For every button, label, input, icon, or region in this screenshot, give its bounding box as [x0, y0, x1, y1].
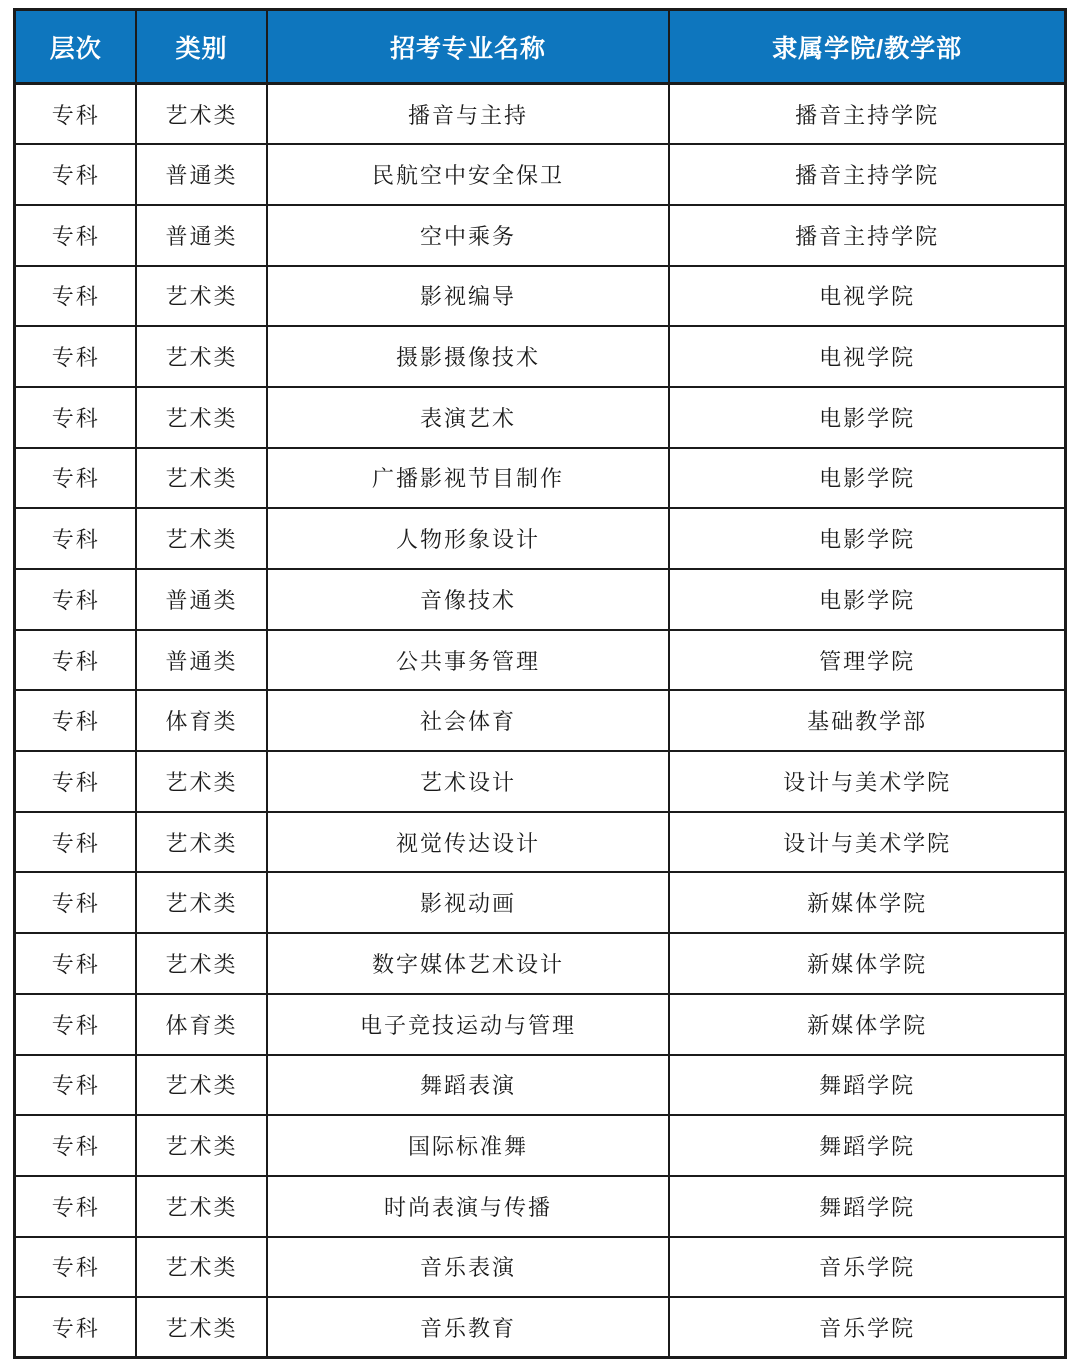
table-row: 专科普通类公共事务管理管理学院: [15, 630, 1066, 691]
cell-major: 电子竞技运动与管理: [267, 994, 670, 1055]
cell-school: 新媒体学院: [669, 994, 1065, 1055]
cell-category: 艺术类: [136, 387, 266, 448]
table-row: 专科体育类社会体育基础教学部: [15, 690, 1066, 751]
table-row: 专科艺术类影视编导电视学院: [15, 266, 1066, 327]
cell-school: 基础教学部: [669, 690, 1065, 751]
cell-major: 民航空中安全保卫: [267, 144, 670, 205]
cell-level: 专科: [15, 872, 137, 933]
cell-category: 普通类: [136, 205, 266, 266]
cell-school: 舞蹈学院: [669, 1176, 1065, 1237]
cell-major: 表演艺术: [267, 387, 670, 448]
cell-level: 专科: [15, 1115, 137, 1176]
cell-school: 电影学院: [669, 569, 1065, 630]
cell-category: 艺术类: [136, 1297, 266, 1358]
cell-school: 电影学院: [669, 448, 1065, 509]
cell-school: 舞蹈学院: [669, 1115, 1065, 1176]
column-header-major: 招考专业名称: [267, 10, 670, 84]
table-header: 层次 类别 招考专业名称 隶属学院/教学部: [15, 10, 1066, 84]
cell-major: 影视动画: [267, 872, 670, 933]
cell-major: 音像技术: [267, 569, 670, 630]
header-row: 层次 类别 招考专业名称 隶属学院/教学部: [15, 10, 1066, 84]
table-row: 专科艺术类时尚表演与传播舞蹈学院: [15, 1176, 1066, 1237]
cell-school: 新媒体学院: [669, 933, 1065, 994]
cell-category: 艺术类: [136, 872, 266, 933]
cell-category: 艺术类: [136, 84, 266, 145]
table-row: 专科体育类电子竞技运动与管理新媒体学院: [15, 994, 1066, 1055]
cell-school: 播音主持学院: [669, 144, 1065, 205]
cell-school: 新媒体学院: [669, 872, 1065, 933]
cell-category: 体育类: [136, 690, 266, 751]
cell-level: 专科: [15, 994, 137, 1055]
cell-major: 公共事务管理: [267, 630, 670, 691]
cell-level: 专科: [15, 448, 137, 509]
cell-school: 设计与美术学院: [669, 812, 1065, 873]
table-row: 专科艺术类数字媒体艺术设计新媒体学院: [15, 933, 1066, 994]
page: 层次 类别 招考专业名称 隶属学院/教学部 专科艺术类播音与主持播音主持学院专科…: [0, 0, 1080, 1365]
table-row: 专科普通类空中乘务播音主持学院: [15, 205, 1066, 266]
cell-major: 摄影摄像技术: [267, 326, 670, 387]
cell-school: 设计与美术学院: [669, 751, 1065, 812]
cell-category: 艺术类: [136, 933, 266, 994]
cell-school: 音乐学院: [669, 1297, 1065, 1358]
column-header-level: 层次: [15, 10, 137, 84]
cell-level: 专科: [15, 569, 137, 630]
cell-level: 专科: [15, 508, 137, 569]
table-row: 专科艺术类播音与主持播音主持学院: [15, 84, 1066, 145]
cell-major: 舞蹈表演: [267, 1055, 670, 1116]
cell-level: 专科: [15, 630, 137, 691]
cell-school: 电影学院: [669, 387, 1065, 448]
cell-level: 专科: [15, 84, 137, 145]
cell-major: 影视编导: [267, 266, 670, 327]
cell-major: 视觉传达设计: [267, 812, 670, 873]
table-row: 专科艺术类视觉传达设计设计与美术学院: [15, 812, 1066, 873]
cell-level: 专科: [15, 812, 137, 873]
cell-level: 专科: [15, 751, 137, 812]
cell-category: 艺术类: [136, 508, 266, 569]
cell-category: 艺术类: [136, 448, 266, 509]
cell-level: 专科: [15, 1237, 137, 1298]
cell-school: 管理学院: [669, 630, 1065, 691]
cell-level: 专科: [15, 1176, 137, 1237]
cell-level: 专科: [15, 1297, 137, 1358]
cell-major: 时尚表演与传播: [267, 1176, 670, 1237]
column-header-category: 类别: [136, 10, 266, 84]
cell-level: 专科: [15, 933, 137, 994]
cell-major: 音乐表演: [267, 1237, 670, 1298]
cell-major: 播音与主持: [267, 84, 670, 145]
cell-school: 电影学院: [669, 508, 1065, 569]
cell-school: 电视学院: [669, 326, 1065, 387]
cell-level: 专科: [15, 144, 137, 205]
cell-school: 播音主持学院: [669, 205, 1065, 266]
cell-major: 人物形象设计: [267, 508, 670, 569]
cell-level: 专科: [15, 266, 137, 327]
cell-category: 艺术类: [136, 1237, 266, 1298]
table-row: 专科艺术类国际标准舞舞蹈学院: [15, 1115, 1066, 1176]
cell-category: 普通类: [136, 569, 266, 630]
cell-category: 体育类: [136, 994, 266, 1055]
cell-category: 艺术类: [136, 1055, 266, 1116]
table-row: 专科艺术类音乐教育音乐学院: [15, 1297, 1066, 1358]
cell-level: 专科: [15, 690, 137, 751]
cell-category: 艺术类: [136, 812, 266, 873]
cell-major: 社会体育: [267, 690, 670, 751]
cell-major: 艺术设计: [267, 751, 670, 812]
cell-category: 艺术类: [136, 1115, 266, 1176]
table-row: 专科艺术类舞蹈表演舞蹈学院: [15, 1055, 1066, 1116]
admissions-table: 层次 类别 招考专业名称 隶属学院/教学部 专科艺术类播音与主持播音主持学院专科…: [13, 8, 1067, 1359]
table-row: 专科艺术类影视动画新媒体学院: [15, 872, 1066, 933]
cell-school: 音乐学院: [669, 1237, 1065, 1298]
cell-category: 艺术类: [136, 1176, 266, 1237]
table-row: 专科艺术类音乐表演音乐学院: [15, 1237, 1066, 1298]
cell-category: 艺术类: [136, 266, 266, 327]
cell-school: 播音主持学院: [669, 84, 1065, 145]
cell-major: 国际标准舞: [267, 1115, 670, 1176]
cell-category: 普通类: [136, 630, 266, 691]
table-row: 专科艺术类广播影视节目制作电影学院: [15, 448, 1066, 509]
cell-major: 广播影视节目制作: [267, 448, 670, 509]
table-row: 专科普通类音像技术电影学院: [15, 569, 1066, 630]
cell-school: 舞蹈学院: [669, 1055, 1065, 1116]
table-row: 专科艺术类艺术设计设计与美术学院: [15, 751, 1066, 812]
cell-level: 专科: [15, 1055, 137, 1116]
cell-level: 专科: [15, 205, 137, 266]
table-row: 专科艺术类摄影摄像技术电视学院: [15, 326, 1066, 387]
cell-major: 空中乘务: [267, 205, 670, 266]
cell-major: 数字媒体艺术设计: [267, 933, 670, 994]
table-row: 专科艺术类人物形象设计电影学院: [15, 508, 1066, 569]
cell-school: 电视学院: [669, 266, 1065, 327]
cell-category: 普通类: [136, 144, 266, 205]
cell-major: 音乐教育: [267, 1297, 670, 1358]
cell-category: 艺术类: [136, 326, 266, 387]
cell-level: 专科: [15, 326, 137, 387]
cell-category: 艺术类: [136, 751, 266, 812]
table-row: 专科艺术类表演艺术电影学院: [15, 387, 1066, 448]
cell-level: 专科: [15, 387, 137, 448]
table-body: 专科艺术类播音与主持播音主持学院专科普通类民航空中安全保卫播音主持学院专科普通类…: [15, 84, 1066, 1358]
column-header-school: 隶属学院/教学部: [669, 10, 1065, 84]
table-row: 专科普通类民航空中安全保卫播音主持学院: [15, 144, 1066, 205]
